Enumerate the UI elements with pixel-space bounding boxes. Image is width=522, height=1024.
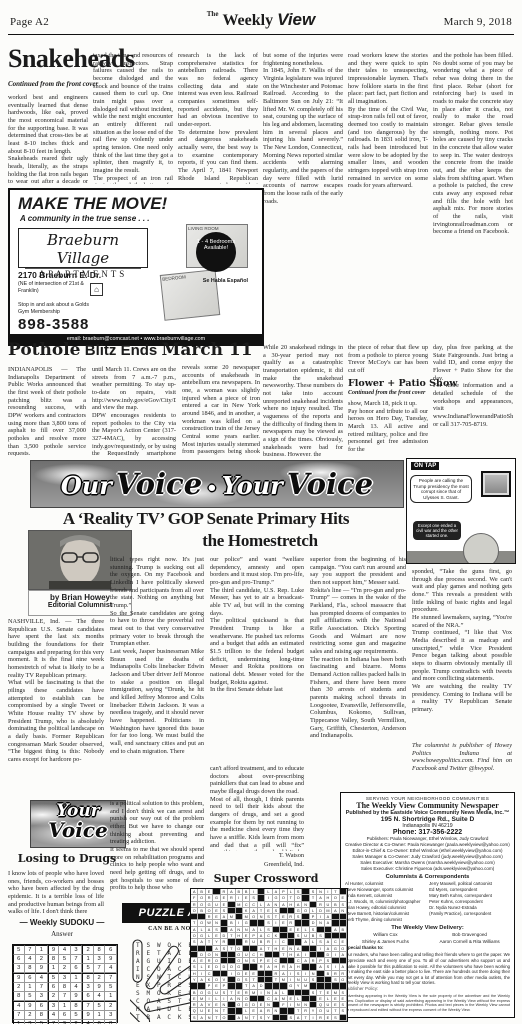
- sudoku-cell: 1: [48, 964, 60, 973]
- sudoku-cell: 9: [59, 1020, 71, 1024]
- list-item: (Family Practice), correspondent: [429, 911, 510, 917]
- delivery-header: The Weekly View Delivery:: [345, 925, 510, 931]
- masthead-info-box: SERVING YOUR NEIGHBORHOOD COMMUNITIES Th…: [340, 792, 515, 1018]
- sudoku-cell: 6: [13, 955, 25, 964]
- list-item: Sales Executive: Christine Figueroa (ads…: [345, 866, 510, 872]
- header-rule: [8, 34, 514, 35]
- delivery-columns: William CoxShirley & James Fuchs Bob Gra…: [345, 932, 510, 945]
- sudoku-cell: 6: [71, 964, 83, 973]
- editorial-tagline: The columnist is publisher of Howey Poli…: [412, 742, 512, 788]
- crossword-cell: [228, 1015, 235, 1021]
- thanks-header: Special thanks to:: [345, 945, 510, 951]
- crossword-cell: I: [310, 1015, 317, 1021]
- sudoku-cell: 4: [105, 964, 117, 973]
- ad-phone: 898-3588: [18, 316, 89, 333]
- crossword-cell: T: [213, 1015, 220, 1021]
- sudoku-cell: 7: [82, 1001, 94, 1011]
- columnists-right: Jerry Maxwell, political cartoonistEd My…: [429, 881, 510, 923]
- crossword-title: Super Crossword: [188, 872, 344, 885]
- banner-your: Your: [222, 471, 283, 500]
- sudoku-cell: 2: [36, 955, 48, 964]
- letter-col1: I know lots of people who have loved one…: [8, 870, 104, 914]
- sudoku-cell: 9: [13, 973, 25, 983]
- on-tap-sign: ON TAP: [411, 462, 439, 470]
- equal-housing-icon: ⌂: [90, 283, 103, 296]
- ad-subtitle: A community in the true sense . . .: [20, 214, 150, 223]
- braeburn-logo: Braeburn Village APARTMENTS: [18, 228, 148, 268]
- sudoku-cell: 9: [71, 992, 83, 1001]
- flower-col2: day, plus free parking at the State Fair…: [433, 344, 513, 456]
- svg-text:TSWOKE: TSWOKE: [136, 942, 192, 949]
- letter-signature-place: Greenfield, Ind.: [210, 861, 304, 870]
- sudoku-cell: 5: [71, 1011, 83, 1020]
- sudoku-cell: 2: [71, 1020, 83, 1024]
- sudoku-cell: 9: [105, 955, 117, 964]
- crossword-cell: [280, 1015, 287, 1021]
- pothole-word1: Pothole: [8, 340, 81, 360]
- letter-signature-name: T. Watson: [210, 852, 304, 861]
- svg-text:AGUIDE: AGUIDE: [136, 958, 192, 965]
- banner-voice1: Voice: [116, 467, 202, 501]
- crossword-cell: A: [295, 1015, 302, 1021]
- flower-col1: show, March 18, pick it up. Pay honor an…: [348, 400, 428, 456]
- columnists-left: Al Hunter, columnistSteve Nicewanger, sp…: [345, 881, 426, 923]
- our-voice-your-voice-banner: Our Voice • Your Voice: [30, 460, 404, 508]
- editorial-col1: NASHVILLE, Ind. — The three Republican U…: [8, 618, 104, 800]
- sudoku-cell: 8: [82, 973, 94, 983]
- sudoku-cell: 8: [36, 1011, 48, 1020]
- ad-bedrooms-badge: 1 - 4 Bedrooms Available!: [196, 232, 236, 272]
- crossword-cell: S: [258, 1015, 265, 1021]
- crossword-cell: T: [250, 1015, 257, 1021]
- sudoku-cell: 1: [25, 983, 37, 992]
- sudoku-cell: 6: [105, 945, 117, 955]
- cartoon-speech-bubble-2: Except one ended a civil war and the oth…: [413, 521, 461, 540]
- editorial-cartoon: ON TAP People are calling the Trump pres…: [406, 458, 516, 564]
- svg-text:EXPRES: EXPRES: [136, 982, 192, 989]
- sudoku-cell: 5: [25, 992, 37, 1001]
- sudoku-cell: 2: [25, 1011, 37, 1020]
- sudoku-cell: 3: [82, 983, 94, 992]
- crossword-cell: E: [325, 1015, 332, 1021]
- crossword-cell: A: [198, 1015, 205, 1021]
- sudoku-cell: 5: [48, 973, 60, 983]
- snakeheads-col5b: the piece of rebar that flew up from a p…: [348, 344, 428, 374]
- snakeheads-continued: Continued from the front cover: [8, 80, 98, 88]
- sudoku-cell: 4: [94, 992, 106, 1001]
- sudoku-cell: 4: [13, 1001, 25, 1011]
- svg-text:SMOKES: SMOKES: [136, 990, 192, 997]
- crossword-cell: S: [332, 1015, 339, 1021]
- sudoku-cell: 1: [82, 955, 94, 964]
- thanks-text: Our readers, who have been calling and t…: [345, 952, 510, 985]
- snakeheads-col3: research is the lack of comprehensive st…: [178, 52, 258, 184]
- delivery-left: William CoxShirley & James Fuchs: [345, 932, 426, 945]
- crossword-cell: A: [236, 1015, 243, 1021]
- sudoku-cell: 4: [71, 983, 83, 992]
- sudoku-subtitle: Answer: [4, 930, 120, 938]
- sudoku-cell: 8: [13, 992, 25, 1001]
- newspaper-page: Page A2 The Weekly View March 9, 2018 Sn…: [0, 0, 522, 1024]
- editorial-headline-line1: A ‘Reality TV’ GOP Senate Primary Hits: [8, 509, 404, 529]
- braeburn-script-name: Braeburn Village: [19, 231, 147, 267]
- sudoku-cell: 4: [25, 955, 37, 964]
- sudoku-cell: 7: [71, 955, 83, 964]
- page-date: March 9, 2018: [444, 16, 512, 28]
- sudoku-cell: 4: [48, 1011, 60, 1020]
- banner-dot: •: [206, 478, 218, 499]
- sudoku-cell: 8: [59, 983, 71, 992]
- sudoku-cell: 6: [59, 1011, 71, 1020]
- sudoku-cell: 9: [82, 1011, 94, 1020]
- snakeheads-col3b: reveals some 20 newspaper accounts of sn…: [182, 364, 260, 456]
- pothole-col1: INDIANAPOLIS — The Indianapolis Departme…: [8, 366, 86, 456]
- sudoku-cell: 5: [36, 1020, 48, 1024]
- sudoku-cell: 6: [94, 1020, 106, 1024]
- policy-header: Publisher Policy:: [345, 986, 510, 992]
- crossword-cell: Y: [265, 1015, 272, 1021]
- sudoku-cell: 2: [13, 983, 25, 992]
- sudoku-cell: 9: [36, 964, 48, 973]
- banner-voice2: Voice: [287, 467, 373, 501]
- ad-gym-note: Stop in and ask about a Golds Gym Member…: [18, 302, 98, 315]
- sudoku-cell: 5: [13, 945, 25, 955]
- crossword-cell: [340, 1015, 347, 1021]
- columnists-columns: Al Hunter, columnistSteve Nicewanger, sp…: [345, 881, 510, 923]
- snakeheads-col4: but some of the injuries were frightenin…: [263, 52, 343, 340]
- pothole-col2: until March 11. Crews are on the streets…: [92, 366, 176, 456]
- sudoku-cell: 1: [59, 1001, 71, 1011]
- masthead-phone: Phone: 317-356-2222: [345, 829, 510, 836]
- ad-address: 2170 Braeburn E. Dr.: [18, 270, 101, 280]
- snakeheads-col6: and the pothole has been filled. No doub…: [433, 52, 513, 340]
- sudoku-cell: 4: [82, 1020, 94, 1024]
- ad-title: MAKE THE MOVE!: [18, 194, 167, 214]
- editorial-col2: litical types right now. It's just stunn…: [110, 556, 204, 796]
- sudoku-cell: 5: [94, 1001, 106, 1011]
- policy-text: Advertising appearing in the Weekly View…: [345, 994, 510, 1013]
- ad-address-note: (NE of intersection of 21st & Franklin): [18, 281, 88, 294]
- crossword-cell: T: [302, 1015, 309, 1021]
- sudoku-cell: 8: [48, 955, 60, 964]
- sudoku-cell: 5: [59, 955, 71, 964]
- sudoku-cell: 9: [94, 983, 106, 992]
- crossword-grid: ABERABBILAPLSSNITFORGERIESIGOTOTAHOEROGU…: [190, 888, 348, 1022]
- sudoku-cell: 6: [48, 983, 60, 992]
- sudoku-cell: 8: [94, 945, 106, 955]
- sudoku-cell: 2: [105, 1001, 117, 1011]
- sudoku-cell: 3: [25, 1020, 37, 1024]
- sudoku-cell: 3: [94, 955, 106, 964]
- sudoku-cell: 8: [105, 1020, 117, 1024]
- sudoku-cell: 2: [94, 973, 106, 983]
- list-item: Aaron Cornell & Rita Williams: [429, 939, 510, 945]
- sudoku-title: — Weekly SUDOKU —: [4, 918, 120, 927]
- sudoku-cell: 8: [71, 1001, 83, 1011]
- crossword-cell: [273, 1015, 280, 1021]
- snakeheads-col4b: While 20 snakehead ridings in a 30-year …: [263, 344, 343, 456]
- pothole-word2: Blitz Ends: [85, 342, 158, 359]
- crossword-cell: N: [243, 1015, 250, 1021]
- sudoku-cell: 3: [48, 1001, 60, 1011]
- sudoku-cell: 2: [48, 992, 60, 1001]
- masthead-view: View: [277, 10, 315, 29]
- sudoku-cell: 1: [105, 992, 117, 1001]
- sudoku-cell: 7: [105, 973, 117, 983]
- sudoku-cell: 7: [48, 1020, 60, 1024]
- tv-icon: [481, 471, 511, 497]
- snakeheads-col2: taxed the time and resources of railway …: [93, 52, 173, 184]
- sudoku-cell: 1: [13, 1020, 25, 1024]
- sudoku-cell: 8: [25, 964, 37, 973]
- editorial-headline-line2: the Homestretch: [140, 531, 380, 551]
- delivery-right: Bob GravengoedAaron Cornell & Rita Willi…: [429, 932, 510, 945]
- letter-headline: Losing to Drugs: [8, 852, 126, 865]
- sudoku-cell: 6: [82, 992, 94, 1001]
- flower-continued: Continued from the front cover: [348, 390, 425, 396]
- sudoku-cell: 5: [105, 983, 117, 992]
- pothole-headline: Pothole Blitz Ends March 11: [8, 340, 260, 360]
- sudoku-cell: 2: [59, 964, 71, 973]
- snakeheads-col1: worked best and engineers eventually lea…: [8, 94, 88, 184]
- crossword-cell: O: [221, 1015, 228, 1021]
- braeburn-apartments-ad[interactable]: MAKE THE MOVE! A community in the true s…: [8, 188, 264, 346]
- snakeheads-col5: road workers knew the stories and they w…: [348, 52, 428, 340]
- ad-se-habla: Se Habla Español: [203, 278, 248, 284]
- sudoku-cell: 7: [59, 992, 71, 1001]
- sudoku-cell: 9: [48, 945, 60, 955]
- sudoku-cell: 1: [71, 973, 83, 983]
- sudoku-cell: 7: [94, 964, 106, 973]
- bar-patron-silhouette: [463, 533, 499, 564]
- sudoku-cell: 4: [59, 945, 71, 955]
- editorial-col4: superior from the beginning of his campa…: [310, 556, 406, 788]
- ad-box-label-living: LIVING ROOM: [188, 226, 219, 231]
- sudoku-cell: 3: [36, 992, 48, 1001]
- ad-box-label-bedroom: BEDROOM: [162, 274, 186, 281]
- svg-text:NSWTCH: NSWTCH: [136, 974, 192, 981]
- cartoon-speech-bubble-1: People are calling the Trump presidency …: [410, 475, 472, 503]
- sudoku-cell: 3: [105, 1011, 117, 1020]
- sudoku-cell: 3: [59, 973, 71, 983]
- sudoku-cell: 7: [36, 983, 48, 992]
- columnists-header: Columnists & Correspondents: [345, 874, 510, 880]
- sudoku-cell: 7: [13, 1011, 25, 1020]
- sudoku-grid: 5719432866428571393891265749645318272176…: [12, 944, 118, 1023]
- letter-col2: is a political solution to this problem,…: [110, 800, 204, 900]
- sudoku-cell: 1: [94, 1011, 106, 1020]
- crossword-cell: N: [206, 1015, 213, 1021]
- sudoku-cell: 9: [25, 1001, 37, 1011]
- masthead-paper-title: The Weekly View Community Newspaper: [345, 801, 510, 810]
- sudoku-cell: 3: [13, 964, 25, 973]
- sudoku-cell: 6: [36, 1001, 48, 1011]
- list-item: Herb Thyme, dining columnist: [345, 917, 426, 923]
- crossword-cell: R: [317, 1015, 324, 1021]
- editorial-col3: our police” and want “welfare dependency…: [210, 556, 304, 761]
- masthead-address: 195 N. Shortridge Rd., Suite D: [345, 816, 510, 823]
- editorial-col5: sponded, “Take the guns first, go throug…: [412, 568, 512, 740]
- sudoku-cell: 2: [82, 945, 94, 955]
- crossword-cell: S: [288, 1015, 295, 1021]
- crossword-cell: S: [191, 1015, 198, 1021]
- masthead-staff-list: Publishers: Paula Nicewanger, Ethel Wins…: [345, 836, 510, 872]
- masthead-weekly: Weekly: [222, 12, 273, 29]
- sudoku-cell: 5: [82, 964, 94, 973]
- sudoku-cell: 6: [25, 973, 37, 983]
- masthead-the: The: [207, 10, 219, 18]
- sudoku-cell: 7: [25, 945, 37, 955]
- sudoku-cell: 1: [36, 945, 48, 955]
- sudoku-cell: 4: [36, 973, 48, 983]
- sudoku-cell: 3: [71, 945, 83, 955]
- banner-our: Our: [61, 471, 112, 500]
- pothole-word3: March 11: [162, 340, 253, 360]
- letter-col3: can't afford treatment, and to educate d…: [210, 765, 304, 851]
